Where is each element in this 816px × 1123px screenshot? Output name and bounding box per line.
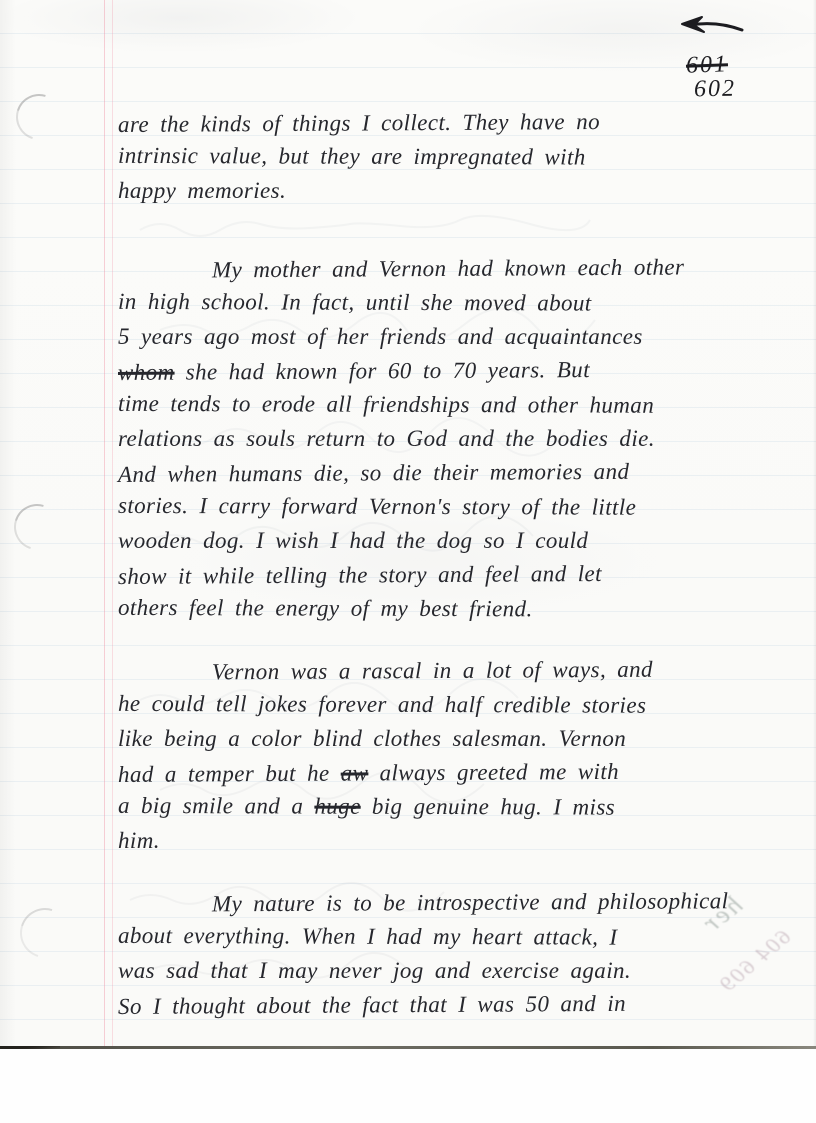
handwritten-line: wooden dog. I wish I had the dog so I co… bbox=[118, 524, 758, 558]
struck-word: huge bbox=[314, 794, 360, 819]
handwritten-line: And when humans die, so die their memori… bbox=[118, 454, 758, 492]
handwritten-line: are the kinds of things I collect. They … bbox=[118, 104, 758, 142]
handwritten-line: he could tell jokes forever and half cre… bbox=[118, 687, 758, 723]
handwritten-line: in high school. In fact, until she moved… bbox=[118, 285, 758, 321]
paragraph: My mother and Vernon had known each othe… bbox=[118, 252, 758, 626]
struck-word: whom bbox=[118, 360, 175, 385]
handwritten-line: whom she had known for 60 to 70 years. B… bbox=[118, 352, 758, 390]
handwritten-line: happy memories. bbox=[118, 174, 758, 208]
paragraph: Vernon was a rascal in a lot of ways, an… bbox=[118, 654, 758, 858]
handwritten-line: about everything. When I had my heart at… bbox=[118, 919, 758, 955]
handwritten-line: show it while telling the story and feel… bbox=[118, 556, 758, 594]
handwritten-line: time tends to erode all friendships and … bbox=[118, 387, 758, 423]
document-body: are the kinds of things I collect. They … bbox=[118, 106, 758, 1050]
left-arrow-icon bbox=[668, 10, 748, 42]
handwritten-line: Vernon was a rascal in a lot of ways, an… bbox=[118, 652, 758, 690]
page-number: 602 bbox=[694, 76, 736, 104]
handwritten-line: relations as souls return to God and the… bbox=[118, 422, 758, 456]
handwritten-line: had a temper but he aw always greeted me… bbox=[118, 754, 758, 792]
scanned-page: 601 602 are the kinds of things I collec… bbox=[0, 0, 816, 1123]
handwritten-line: was sad that I may never jog and exercis… bbox=[118, 954, 758, 988]
handwritten-line: 5 years ago most of her friends and acqu… bbox=[118, 320, 758, 354]
scan-background bbox=[0, 1049, 816, 1123]
handwritten-line: So I thought about the fact that I was 5… bbox=[118, 986, 758, 1024]
paragraph: are the kinds of things I collect. They … bbox=[118, 106, 758, 208]
handwritten-line: intrinsic value, but they are impregnate… bbox=[118, 139, 758, 175]
paragraph: My nature is to be introspective and phi… bbox=[118, 886, 758, 1022]
handwritten-line: him. bbox=[118, 824, 758, 858]
struck-word: aw bbox=[341, 760, 369, 785]
handwritten-line: like being a color blind clothes salesma… bbox=[118, 722, 758, 756]
handwritten-line: My nature is to be introspective and phi… bbox=[118, 884, 758, 922]
handwritten-line: My mother and Vernon had known each othe… bbox=[118, 250, 758, 288]
handwritten-line: others feel the energy of my best friend… bbox=[118, 591, 758, 627]
handwritten-line: stories. I carry forward Vernon's story … bbox=[118, 489, 758, 525]
handwritten-line: a big smile and a huge big genuine hug. … bbox=[118, 789, 758, 825]
